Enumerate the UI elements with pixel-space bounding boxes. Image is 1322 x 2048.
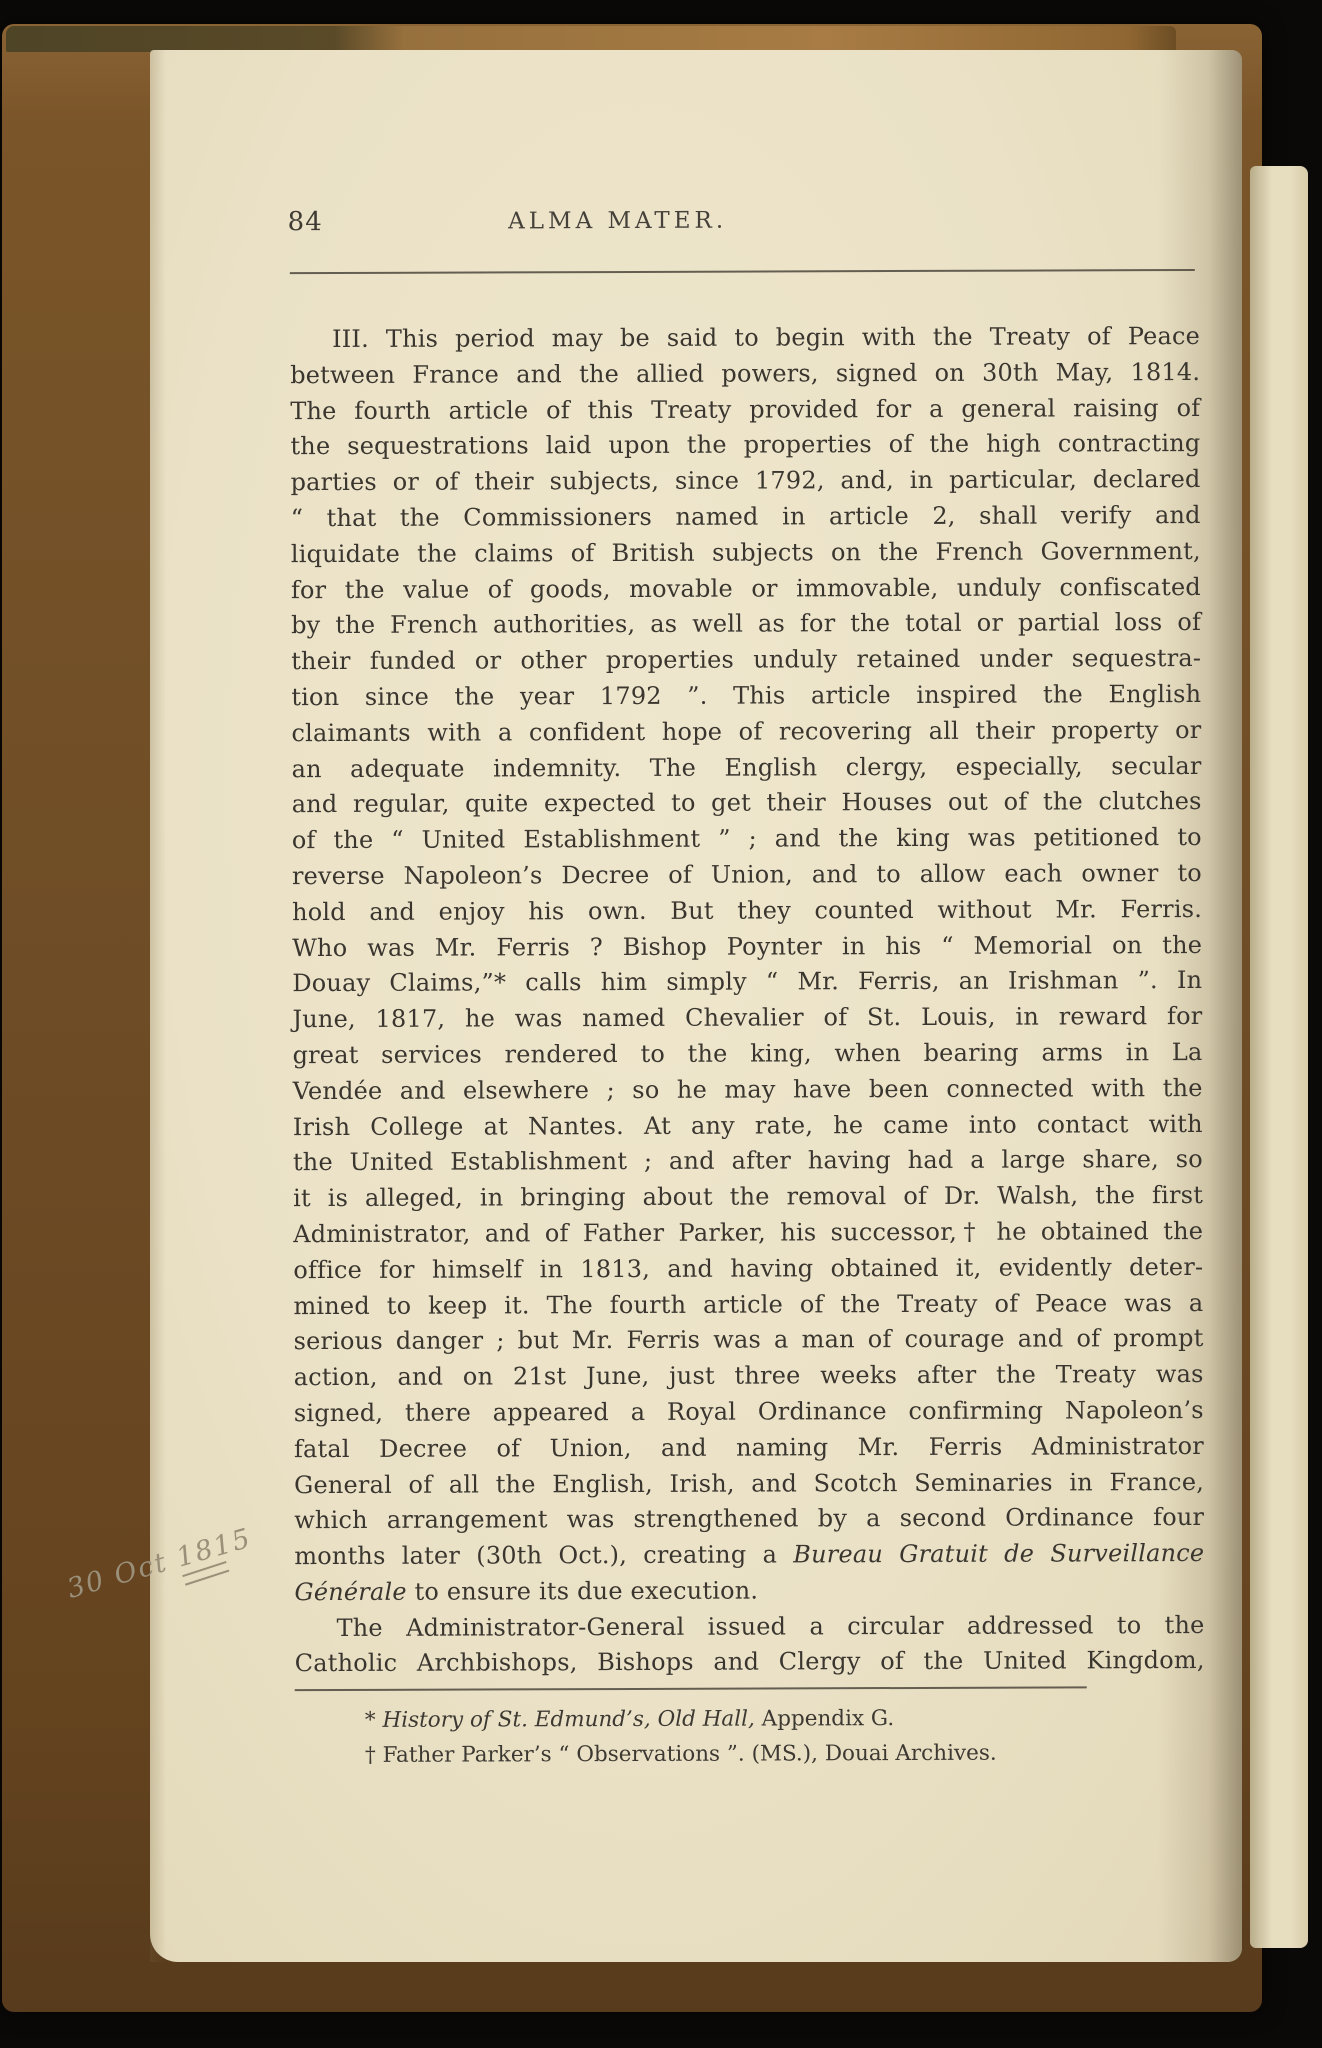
header-rule <box>290 269 1195 274</box>
body-line: reverse Napoleon’s Decree of Union, and … <box>292 856 1202 895</box>
body-line: it is alleged, in bringing about the rem… <box>293 1178 1203 1217</box>
body-line: action, and on 21st June, just three wee… <box>294 1357 1204 1396</box>
footnote-line: † Father Parker’s “ Observations ”. (MS.… <box>365 1735 1145 1773</box>
body-line: hold and enjoy his own. But they counted… <box>292 892 1202 931</box>
body-line: the United Establishment ; and after hav… <box>293 1142 1203 1181</box>
body-line: for the value of goods, movable or immov… <box>291 570 1201 609</box>
body-line: serious danger ; but Mr. Ferris was a ma… <box>293 1321 1203 1360</box>
page-content: 84 ALMA MATER. III. This period may be s… <box>0 0 1322 2048</box>
scanned-book-photo: 84 ALMA MATER. III. This period may be s… <box>0 0 1322 2048</box>
body-line: of the “ United Establishment ” ; and th… <box>292 820 1202 859</box>
body-line: mined to keep it. The fourth article of … <box>293 1285 1203 1324</box>
body-line: Vendée and elsewhere ; so he may have be… <box>293 1071 1203 1110</box>
body-line: General of all the English, Irish, and S… <box>294 1464 1204 1503</box>
body-line: Who was Mr. Ferris ? Bishop Poynter in h… <box>292 928 1202 967</box>
running-head: ALMA MATER. <box>450 207 786 234</box>
body-line: their funded or other properties unduly … <box>291 641 1201 680</box>
body-line: great services rendered to the king, whe… <box>292 1035 1202 1074</box>
footnotes: * History of St. Edmund’s, Old Hall, App… <box>365 1700 1145 1773</box>
body-line: between France and the allied powers, si… <box>290 355 1200 394</box>
body-line: liquidate the claims of British subjects… <box>291 534 1201 573</box>
body-line: Douay Claims,”* calls him simply “ Mr. F… <box>292 963 1202 1002</box>
body-line: months later (30th Oct.), creating a Bur… <box>294 1536 1204 1575</box>
body-line: June, 1817, he was named Chevalier of St… <box>292 999 1202 1038</box>
body-line: III. This period may be said to begin wi… <box>290 319 1200 358</box>
body-line: by the French authorities, as well as fo… <box>291 605 1201 644</box>
body-line: an adequate indemnity. The English clerg… <box>291 749 1201 788</box>
body-line: claimants with a confident hope of recov… <box>291 713 1201 752</box>
body-line: the sequestrations laid upon the propert… <box>290 426 1200 465</box>
body-line: parties or of their subjects, since 1792… <box>290 462 1200 501</box>
body-line: The fourth article of this Treaty provid… <box>290 391 1200 430</box>
body-text: III. This period may be said to begin wi… <box>290 319 1205 1682</box>
page-number: 84 <box>288 207 323 237</box>
body-line: Générale to ensure its due execution. <box>294 1572 1204 1611</box>
body-line: The Administrator-General issued a circu… <box>294 1608 1204 1647</box>
body-line: “ that the Commissioners named in articl… <box>291 498 1201 537</box>
body-line: Irish College at Nantes. At any rate, he… <box>293 1106 1203 1145</box>
body-line: and regular, quite expected to get their… <box>292 784 1202 823</box>
footnote-line: * History of St. Edmund’s, Old Hall, App… <box>365 1700 1145 1738</box>
body-line: office for himself in 1813, and having o… <box>293 1250 1203 1289</box>
body-line: which arrangement was strengthened by a … <box>294 1500 1204 1539</box>
body-line: tion since the year 1792 ”. This article… <box>291 677 1201 716</box>
body-line: Administrator, and of Father Parker, his… <box>293 1214 1203 1253</box>
body-line: fatal Decree of Union, and naming Mr. Fe… <box>294 1429 1204 1468</box>
body-line: Catholic Archbishops, Bishops and Clergy… <box>295 1643 1205 1682</box>
body-line: signed, there appeared a Royal Ordinance… <box>294 1393 1204 1432</box>
footnote-rule <box>295 1686 1087 1691</box>
